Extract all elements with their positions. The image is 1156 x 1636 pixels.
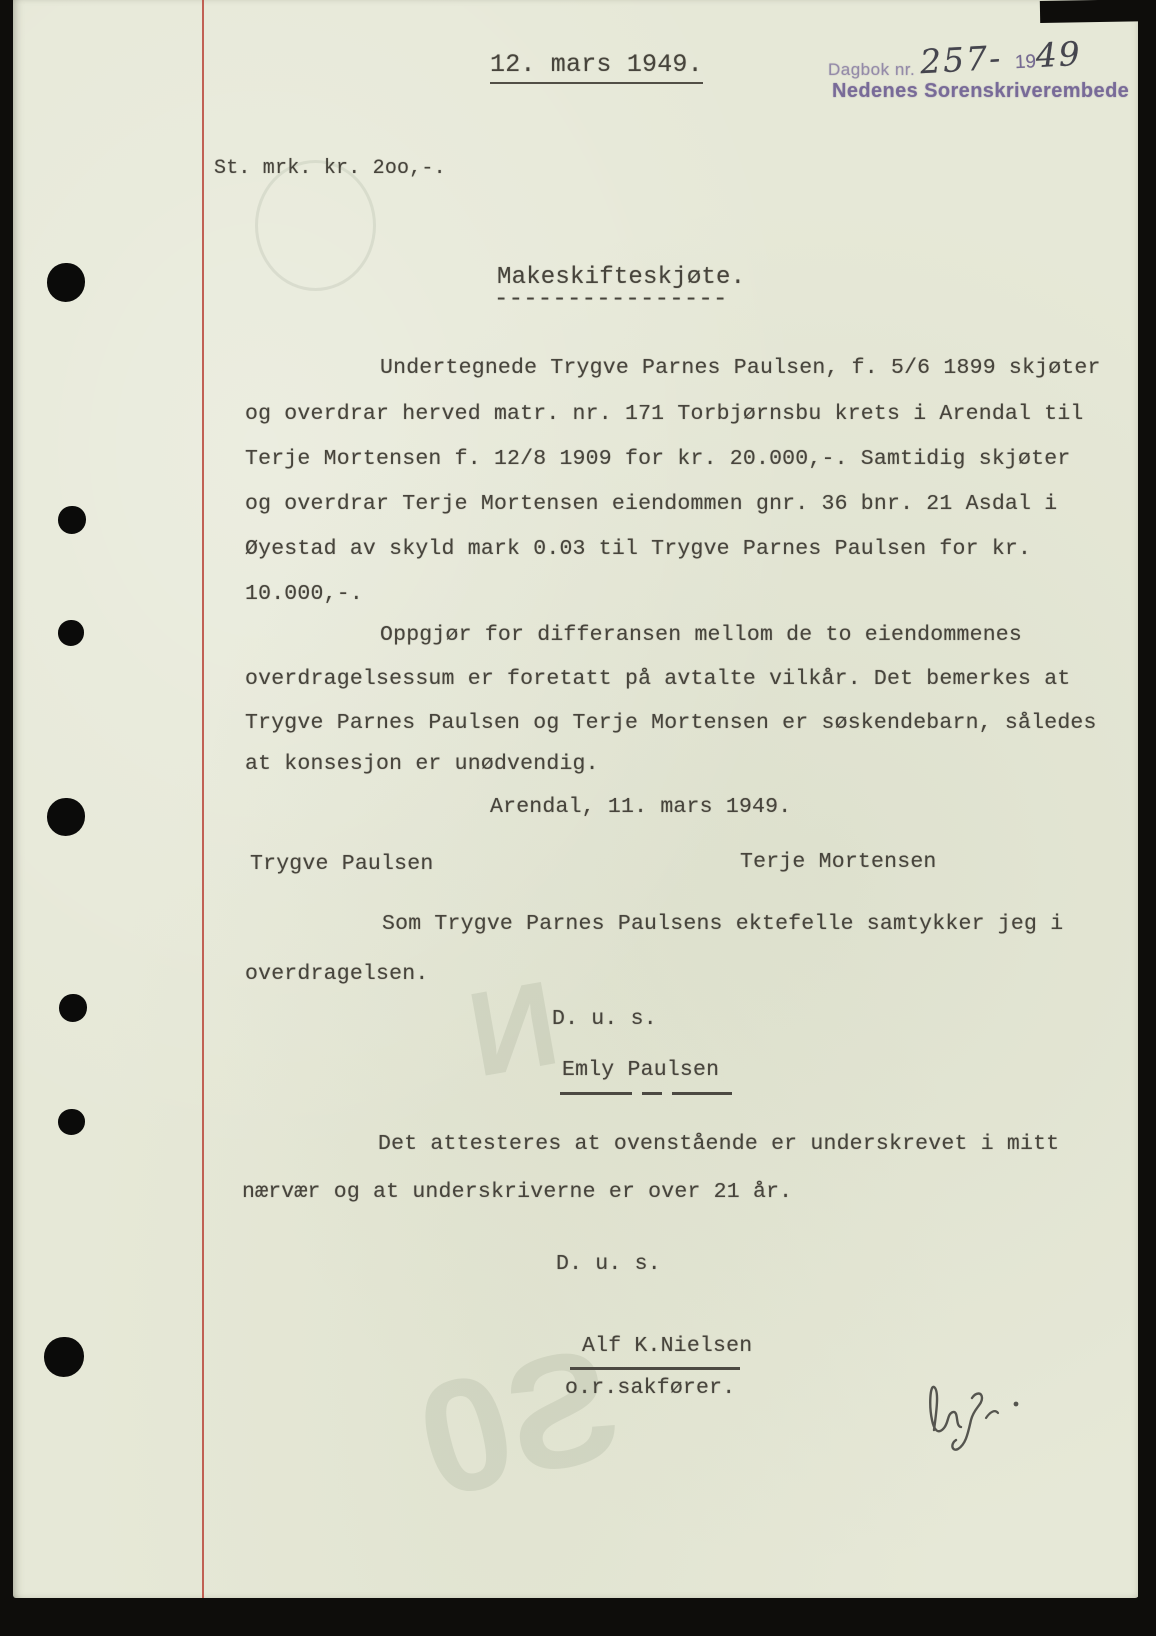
body-line: nærvær og at underskriverne er over 21 å…	[242, 1180, 792, 1204]
place-date-line: Arendal, 11. mars 1949.	[490, 795, 791, 819]
signature-underline	[642, 1092, 662, 1095]
body-line: Det attesteres at ovenstående er undersk…	[378, 1132, 1059, 1156]
dus-line: D. u. s.	[552, 1007, 657, 1031]
document-date: 12. mars 1949.	[490, 50, 703, 84]
journal-year-prefix: 19	[1014, 51, 1036, 73]
office-stamp: Nedenes Sorenskriverembede	[832, 80, 1129, 103]
attestor-title: o.r.sakfører.	[565, 1376, 735, 1400]
margin-rule	[202, 0, 204, 1598]
scan-border-right	[1138, 0, 1156, 1636]
body-line: Undertegnede Trygve Parnes Paulsen, f. 5…	[380, 356, 1101, 380]
journal-stamp-label: Dagbok nr.	[828, 60, 915, 80]
punch-hole	[44, 1337, 84, 1377]
body-line: overdragelsessum er foretatt på avtalte …	[245, 667, 1070, 691]
signature-underline	[560, 1092, 632, 1095]
signature-buyer: Terje Mortensen	[740, 850, 937, 874]
body-line: og overdrar Terje Mortensen eiendommen g…	[245, 492, 1057, 516]
signature-underline	[672, 1092, 732, 1095]
scan-border-left	[0, 0, 13, 1636]
body-line: overdragelsen.	[245, 962, 428, 986]
scanned-document-page: { "doc": { "date_line": "12. mars 1949."…	[0, 0, 1156, 1636]
punch-hole	[59, 994, 87, 1022]
punch-hole	[47, 798, 85, 836]
journal-number: 257-	[919, 38, 1003, 81]
signature-attestor: Alf K.Nielsen	[582, 1334, 752, 1358]
punch-hole	[58, 506, 86, 534]
punch-hole	[58, 1109, 85, 1135]
stamp-duty-line: St. mrk. kr. 2oo,-.	[214, 157, 446, 180]
body-line: Terje Mortensen f. 12/8 1909 for kr. 20.…	[245, 447, 1070, 471]
signature-spouse: Emly Paulsen	[562, 1058, 719, 1082]
body-line: Trygve Parnes Paulsen og Terje Mortensen…	[245, 711, 1097, 735]
signature-seller: Trygve Paulsen	[250, 852, 433, 876]
handwritten-initials	[920, 1378, 1040, 1453]
body-line: 10.000,-.	[245, 582, 363, 606]
signature-underline	[570, 1367, 740, 1370]
dus-line: D. u. s.	[556, 1252, 661, 1276]
scan-border-bottom	[0, 1598, 1156, 1636]
title-underline: ----------------	[494, 286, 728, 313]
body-line: og overdrar herved matr. nr. 171 Torbjør…	[245, 402, 1084, 426]
punch-hole	[47, 263, 85, 302]
body-line: Oppgjør for differansen mellom de to eie…	[380, 623, 1022, 647]
body-line: at konsesjon er unødvendig.	[245, 752, 599, 776]
body-line: Øyestad av skyld mark 0.03 til Trygve Pa…	[245, 537, 1031, 561]
body-line: Som Trygve Parnes Paulsens ektefelle sam…	[382, 912, 1063, 936]
journal-year-handwritten: 49	[1035, 34, 1083, 75]
punch-hole	[58, 620, 84, 646]
